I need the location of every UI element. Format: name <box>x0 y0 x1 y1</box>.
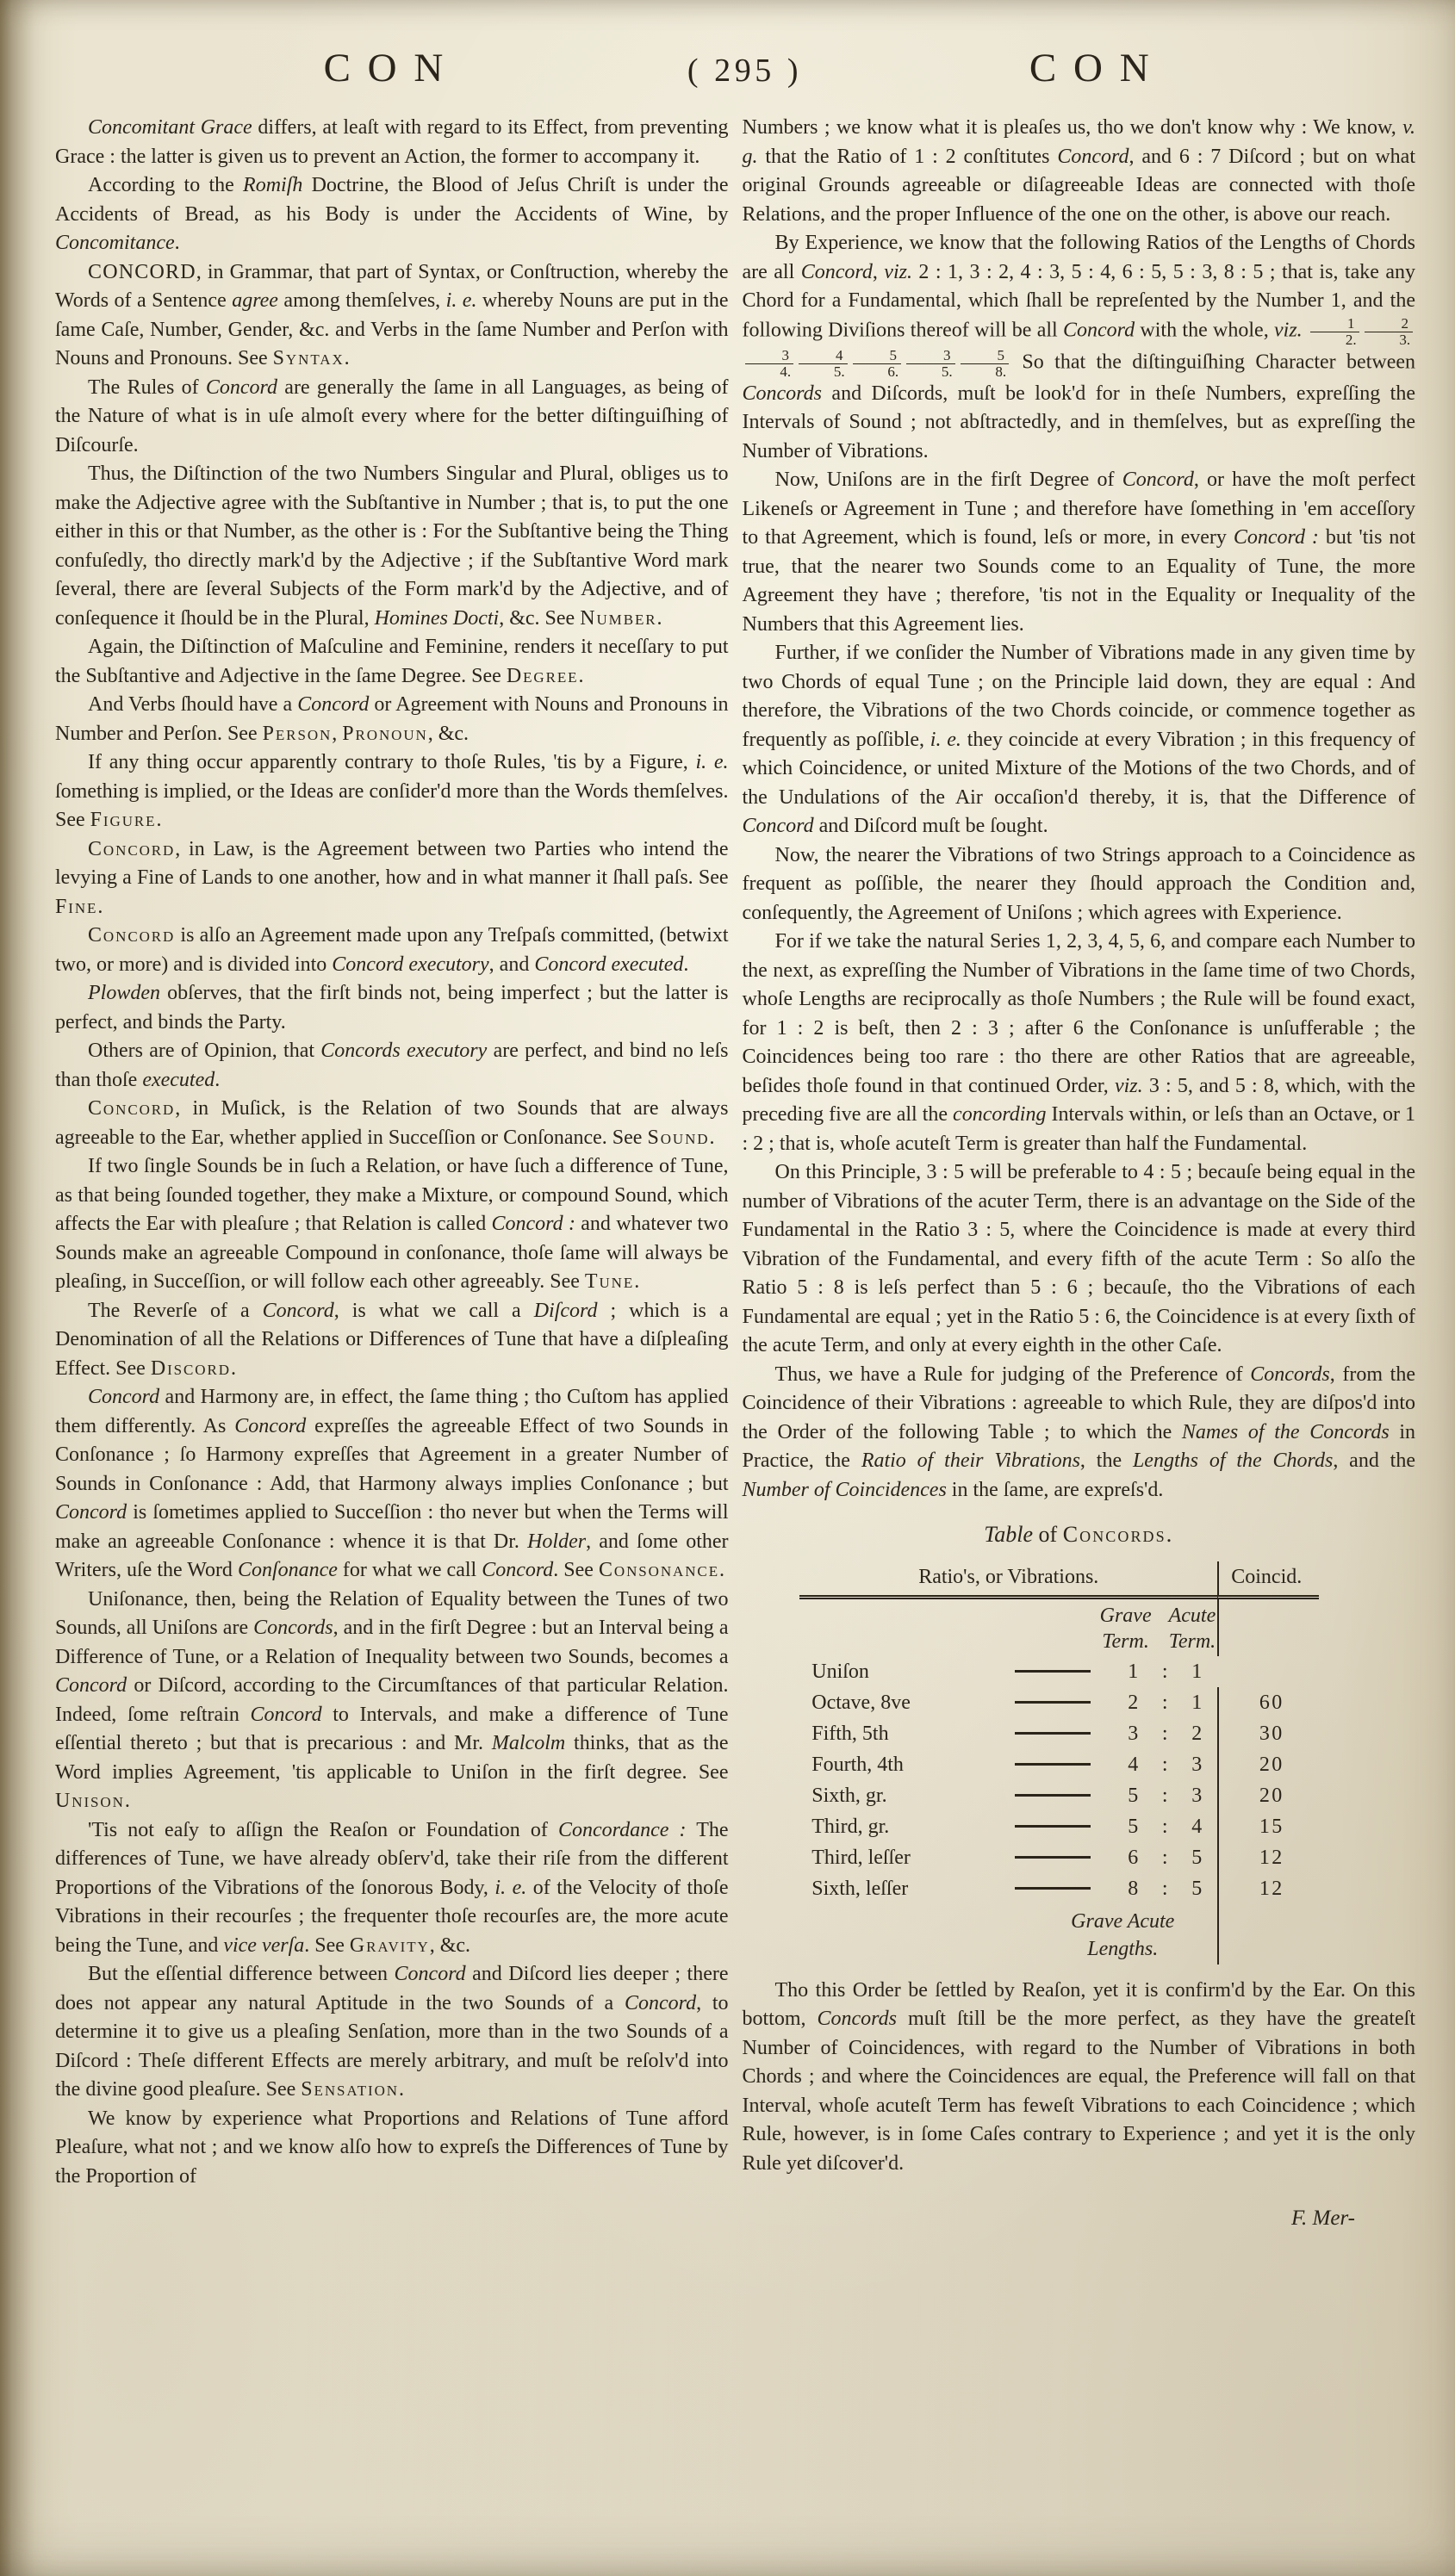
paragraph: Concomitant Grace differs, at leaſt with… <box>55 114 729 171</box>
text-run: . <box>683 953 688 976</box>
paragraph: Concord is alſo an Agreement made upon a… <box>55 922 729 979</box>
text-run: Concord <box>625 1992 696 2014</box>
ratio-colon: : <box>1153 1842 1176 1873</box>
text-run: According to the <box>88 174 243 196</box>
acute-term-value: 4 <box>1176 1811 1217 1842</box>
book-page: CON ( 295 ) CON Concomitant Grace differ… <box>0 0 1455 2576</box>
text-run: Fine <box>55 896 97 918</box>
table-header-ratios: Ratio's, or Vibrations. <box>799 1561 1217 1599</box>
text-run: i. e. <box>930 729 961 751</box>
row-dash <box>993 1887 1112 1889</box>
column-left: Concomitant Grace differs, at leaſt with… <box>55 114 729 2233</box>
column-right: Numbers ; we know what it is pleaſes us,… <box>743 114 1416 2233</box>
row-interval-name: Sixth, leſſer <box>799 1873 993 1904</box>
text-run: Concord <box>88 1097 175 1120</box>
paragraph: Thus, the Diſtinction of the two Numbers… <box>55 460 729 633</box>
dash-line <box>1015 1856 1091 1858</box>
column-right-upper-text: Numbers ; we know what it is pleaſes us,… <box>743 114 1416 1505</box>
text-run: muſt ſtill be the more perfect, as they … <box>743 2008 1416 2175</box>
grave-term-value: 5 <box>1112 1780 1153 1811</box>
paragraph: And Verbs ſhould have a Concord or Agree… <box>55 691 729 748</box>
running-title-right: CON <box>921 45 1274 91</box>
grave-term-value: 4 <box>1112 1749 1153 1780</box>
text-run: Lengths of the Chords <box>1133 1449 1333 1472</box>
ratio-colon: : <box>1153 1811 1176 1842</box>
text-run: Concord <box>801 261 873 283</box>
paragraph: If any thing occur apparently contrary t… <box>55 748 729 835</box>
text-run: Concord <box>263 1300 334 1322</box>
grave-term-value: 6 <box>1112 1842 1153 1873</box>
text-run: Concords <box>253 1617 333 1639</box>
acute-term-value: 1 <box>1176 1687 1217 1718</box>
table-subheader: Grave Term. Acute Term. <box>799 1599 1217 1656</box>
row-dash <box>993 1670 1112 1672</box>
text-run: Concords <box>1250 1363 1329 1386</box>
text-run: For if we take the natural Series 1, 2, … <box>743 930 1416 1097</box>
coincid-value: 20 <box>1217 1749 1319 1780</box>
text-run: , &c. <box>428 723 469 745</box>
text-run: Concomitance <box>55 232 175 254</box>
table-grid: Ratio's, or Vibrations. Coincid. Grave T… <box>799 1561 1358 1965</box>
text-run: Concord <box>55 1674 127 1697</box>
text-run: , &c. <box>430 1934 470 1957</box>
text-run: And Verbs ſhould have a <box>88 693 297 716</box>
text-run: Concord <box>1122 469 1194 491</box>
text-run: CONCORD <box>88 261 196 283</box>
row-interval-name: Fifth, 5th <box>799 1718 993 1749</box>
text-run: Concords <box>818 2008 897 2030</box>
row-interval-name: Uniſon <box>799 1656 993 1687</box>
text-run: Pronoun <box>342 723 428 745</box>
coincid-value: 20 <box>1217 1780 1319 1811</box>
text-run: So that the diſtinguiſhing Character bet… <box>1011 351 1415 373</box>
text-run: i. e. <box>446 289 477 312</box>
acute-term-value: 5 <box>1176 1873 1217 1904</box>
text-run: Concord <box>88 924 175 947</box>
acute-term-value: 3 <box>1176 1780 1217 1811</box>
subheader-grave-label: Grave <box>1100 1603 1152 1629</box>
text-run: in the ſame, are expreſs'd. <box>947 1479 1164 1501</box>
ratio-colon: : <box>1153 1749 1176 1780</box>
grave-term-value: 2 <box>1112 1687 1153 1718</box>
text-run: Concords executory <box>320 1040 487 1062</box>
text-run: . <box>719 1559 724 1581</box>
text-run: and Diſcord muſt be ſought. <box>814 815 1048 837</box>
text-run: , &c. See <box>499 607 580 630</box>
dash-line <box>1015 1701 1091 1703</box>
paragraph: We know by experience what Proportions a… <box>55 2105 729 2192</box>
grave-term-value: 3 <box>1112 1718 1153 1749</box>
row-dash <box>993 1794 1112 1796</box>
paragraph: Concord, in Muſick, is the Relation of t… <box>55 1095 729 1152</box>
acute-term-value: 5 <box>1176 1842 1217 1873</box>
text-run: Concord <box>88 838 175 860</box>
coincid-value: 60 <box>1217 1687 1319 1718</box>
text-run: Others are of Opinion, that <box>88 1040 320 1062</box>
text-run: Concords <box>743 382 822 405</box>
grave-term-value: 1 <box>1112 1656 1153 1687</box>
row-interval-name: Third, leſſer <box>799 1842 993 1873</box>
text-run: , and the <box>1333 1449 1415 1472</box>
dash-line <box>1015 1887 1091 1889</box>
footer-grave-acute: Grave Acute <box>1071 1910 1174 1933</box>
dash-line <box>1015 1825 1091 1827</box>
paragraph: Thus, we have a Rule for judging of the … <box>743 1361 1416 1505</box>
paragraph: For if we take the natural Series 1, 2, … <box>743 928 1416 1158</box>
footer-lengths: Lengths. <box>1087 1938 1158 1960</box>
text-run: Diſcord <box>534 1300 598 1322</box>
text-run: If any thing occur apparently contrary t… <box>88 751 695 773</box>
table-footer: Grave AcuteLengths. <box>993 1904 1217 1965</box>
ratio-colon: : <box>1153 1873 1176 1904</box>
text-run: Concord <box>1057 146 1129 168</box>
text-run: . <box>657 607 662 630</box>
paragraph: Plowden obſerves, that the firſt binds n… <box>55 979 729 1037</box>
text-run: Concord executed <box>534 953 683 976</box>
text-run: The Rules of <box>88 376 206 399</box>
text-run: , <box>332 723 342 745</box>
text-run: But the eſſential difference between <box>88 1963 395 1985</box>
text-run: . <box>97 896 103 918</box>
paragraph: Tho this Order be ſettled by Reaſon, yet… <box>743 1977 1416 2179</box>
fraction: 12. <box>1310 316 1359 348</box>
text-run: Degree <box>507 665 579 687</box>
paragraph: Now, Uniſons are in the firſt Degree of … <box>743 466 1416 639</box>
text-run: that the Ratio of 1 : 2 conſtitutes <box>758 146 1058 168</box>
paragraph: But the eſſential difference between Con… <box>55 1960 729 2105</box>
text-run: 'Tis not eaſy to aſſign the Reaſon or Fo… <box>88 1819 558 1841</box>
text-run: executed <box>142 1069 215 1091</box>
coincid-value: 30 <box>1217 1718 1319 1749</box>
text-run: Again, the Diſtinction of Maſculine and … <box>55 636 729 687</box>
text-run: Plowden <box>88 982 160 1004</box>
text-run: Unison <box>55 1790 125 1812</box>
row-interval-name: Sixth, gr. <box>799 1780 993 1811</box>
row-dash <box>993 1856 1112 1858</box>
text-run: Conſonance <box>238 1559 338 1581</box>
text-run: Sound <box>647 1127 709 1149</box>
text-run: Concord : <box>492 1213 575 1235</box>
paragraph: If two ſingle Sounds be in ſuch a Relati… <box>55 1152 729 1297</box>
paragraph: Numbers ; we know what it is pleaſes us,… <box>743 114 1416 229</box>
text-run: . <box>156 809 161 831</box>
paragraph: According to the Romiſh Doctrine, the Bl… <box>55 171 729 258</box>
text-run: Discord <box>151 1357 231 1380</box>
text-run: Numbers ; we know what it is pleaſes us,… <box>743 116 1403 139</box>
coincid-value: 12 <box>1217 1842 1319 1873</box>
text-run: for what we call <box>338 1559 482 1581</box>
text-columns: Concomitant Grace differs, at leaſt with… <box>0 91 1455 2233</box>
text-run: Homines Docti <box>375 607 500 630</box>
row-interval-name: Octave, 8ve <box>799 1687 993 1718</box>
text-run: Number of Coincidences <box>743 1479 947 1501</box>
text-run: , <box>873 261 884 283</box>
text-run: concording <box>953 1103 1046 1126</box>
fraction: 56. <box>853 348 902 380</box>
text-run: Romiſh <box>243 174 302 196</box>
fraction: 45. <box>799 348 848 380</box>
paragraph: Others are of Opinion, that Concords exe… <box>55 1037 729 1095</box>
text-run: Concord <box>88 1386 159 1408</box>
text-run: Malcolm <box>492 1732 565 1754</box>
row-interval-name: Fourth, 4th <box>799 1749 993 1780</box>
text-run: Concord <box>395 1963 466 1985</box>
text-run: Ratio of their Vibrations <box>861 1449 1080 1472</box>
text-run: Consonance <box>599 1559 719 1581</box>
text-run: Now, Uniſons are in the firſt Degree of <box>775 469 1122 491</box>
subheader-term-label: Term. <box>1100 1629 1152 1654</box>
ratio-colon: : <box>1153 1656 1176 1687</box>
text-run: Concords. <box>1063 1522 1174 1547</box>
text-run: , the <box>1080 1449 1133 1472</box>
column-right-lower-text: Tho this Order be ſettled by Reaſon, yet… <box>743 1977 1416 2179</box>
text-run: viz. <box>1115 1075 1143 1097</box>
subheader-term-label: Term. <box>1169 1629 1216 1654</box>
text-run: . <box>215 1069 220 1091</box>
text-run: i. e. <box>695 751 728 773</box>
acute-term-value: 2 <box>1176 1718 1217 1749</box>
paragraph: 'Tis not eaſy to aſſign the Reaſon or Fo… <box>55 1816 729 1961</box>
row-dash <box>993 1825 1112 1827</box>
text-run: viz. <box>1274 319 1303 341</box>
text-run: Concord <box>743 815 814 837</box>
paragraph: Further, if we conſider the Number of Vi… <box>743 639 1416 841</box>
text-run: Concord <box>55 1501 127 1524</box>
paragraph: Concord, in Law, is the Agreement betwee… <box>55 835 729 922</box>
text-run: Concomitant Grace <box>88 116 252 139</box>
text-run: Thus, the Diſtinction of the two Numbers… <box>55 462 729 630</box>
paragraph: Now, the nearer the Vibrations of two St… <box>743 841 1416 928</box>
text-run: . <box>578 665 583 687</box>
text-run: among themſelves, <box>278 289 446 312</box>
text-run: . <box>175 232 180 254</box>
catchword: F. Mer- <box>743 2178 1416 2233</box>
text-run: Concordance : <box>558 1819 687 1841</box>
ratio-colon: : <box>1153 1687 1176 1718</box>
paragraph: On this Principle, 3 : 5 will be prefera… <box>743 1158 1416 1361</box>
text-run: , is what we call a <box>334 1300 534 1322</box>
coincid-value: 15 <box>1217 1811 1319 1842</box>
text-run: . See <box>553 1559 599 1581</box>
grave-term-value: 8 <box>1112 1873 1153 1904</box>
paragraph: The Rules of Concord are generally the ſ… <box>55 374 729 461</box>
text-run: . <box>634 1270 639 1293</box>
text-run: Now, the nearer the Vibrations of two St… <box>743 844 1416 924</box>
text-run: Syntax <box>273 347 345 369</box>
text-run: Tune <box>585 1270 634 1293</box>
text-run: with the whole, <box>1135 319 1274 341</box>
fraction: 23. <box>1365 316 1414 348</box>
paragraph: CONCORD, in Grammar, that part of Syntax… <box>55 258 729 374</box>
text-run: Concord <box>297 693 369 716</box>
text-run: Concord executory <box>332 953 488 976</box>
dash-line <box>1015 1732 1091 1734</box>
text-run: Concord <box>206 376 277 399</box>
text-run: Thus, we have a Rule for judging of the … <box>775 1363 1251 1386</box>
text-run: Concord <box>482 1559 553 1581</box>
table-vertical-rule <box>1217 1904 1319 1965</box>
table-header-coincid: Coincid. <box>1217 1561 1319 1599</box>
dash-line <box>1015 1670 1091 1672</box>
coincid-value: 12 <box>1217 1873 1319 1904</box>
ratio-colon: : <box>1153 1718 1176 1749</box>
text-run: Number <box>580 607 656 630</box>
grave-term-value: 5 <box>1112 1811 1153 1842</box>
row-dash <box>993 1732 1112 1734</box>
text-run: . <box>710 1127 715 1149</box>
text-run: viz. <box>884 261 912 283</box>
text-run: . See <box>304 1934 350 1957</box>
acute-term-value: 3 <box>1176 1749 1217 1780</box>
table-title: Table of Concords. <box>799 1520 1358 1549</box>
paragraph: The Reverſe of a Concord, is what we cal… <box>55 1297 729 1384</box>
fraction: 58. <box>961 348 1010 380</box>
row-interval-name: Third, gr. <box>799 1811 993 1842</box>
text-run: , and <box>489 953 535 976</box>
row-dash <box>993 1701 1112 1703</box>
text-run: Holder <box>527 1530 586 1553</box>
text-run: Names of the Concords <box>1182 1421 1390 1443</box>
text-run: On this Principle, 3 : 5 will be prefera… <box>743 1161 1416 1356</box>
table-vertical-rule <box>1217 1599 1319 1656</box>
fraction: 35. <box>906 348 955 380</box>
text-run: vice verſa <box>223 1934 304 1957</box>
text-run: i. e. <box>494 1877 526 1899</box>
text-run: Concord <box>234 1415 306 1437</box>
text-run: Concord <box>251 1704 322 1726</box>
page-header: CON ( 295 ) CON <box>0 0 1455 91</box>
text-run <box>1303 319 1308 341</box>
text-run: . <box>399 2078 404 2101</box>
paragraph: Concord and Harmony are, in effect, the … <box>55 1383 729 1586</box>
concords-table: Table of Concords. Ratio's, or Vibration… <box>799 1520 1358 1965</box>
text-run: of <box>1033 1522 1063 1547</box>
text-run: . <box>345 347 350 369</box>
paragraph: Uniſonance, then, being the Relation of … <box>55 1586 729 1816</box>
text-run: and Diſcords, muſt be look'd for in theſ… <box>743 382 1416 462</box>
text-run: The Reverſe of a <box>88 1300 263 1322</box>
text-run: . <box>231 1357 236 1380</box>
dash-line <box>1015 1763 1091 1765</box>
subheader-grave-term: Grave Term. <box>1100 1603 1152 1654</box>
subheader-acute-label: Acute <box>1169 1603 1216 1629</box>
subheader-acute-term: Acute Term. <box>1169 1603 1216 1654</box>
text-run: Gravity <box>350 1934 430 1957</box>
text-run: . <box>125 1790 130 1812</box>
ratio-colon: : <box>1153 1780 1176 1811</box>
text-run: Person <box>263 723 333 745</box>
acute-term-value: 1 <box>1176 1656 1217 1687</box>
paragraph: Again, the Diſtinction of Maſculine and … <box>55 633 729 691</box>
text-run: Concord <box>1063 319 1135 341</box>
text-run: Figure <box>90 809 157 831</box>
text-run: Table <box>984 1522 1033 1547</box>
text-run: agree <box>232 289 278 312</box>
dash-line <box>1015 1794 1091 1796</box>
text-run: We know by experience what Proportions a… <box>55 2107 729 2188</box>
fraction: 34. <box>745 348 794 380</box>
paragraph: By Experience, we know that the followin… <box>743 229 1416 466</box>
running-title-left: CON <box>215 45 569 91</box>
row-dash <box>993 1763 1112 1765</box>
text-run: Concord : <box>1234 526 1319 549</box>
page-number: ( 295 ) <box>569 52 922 90</box>
text-run: Sensation <box>301 2078 399 2101</box>
